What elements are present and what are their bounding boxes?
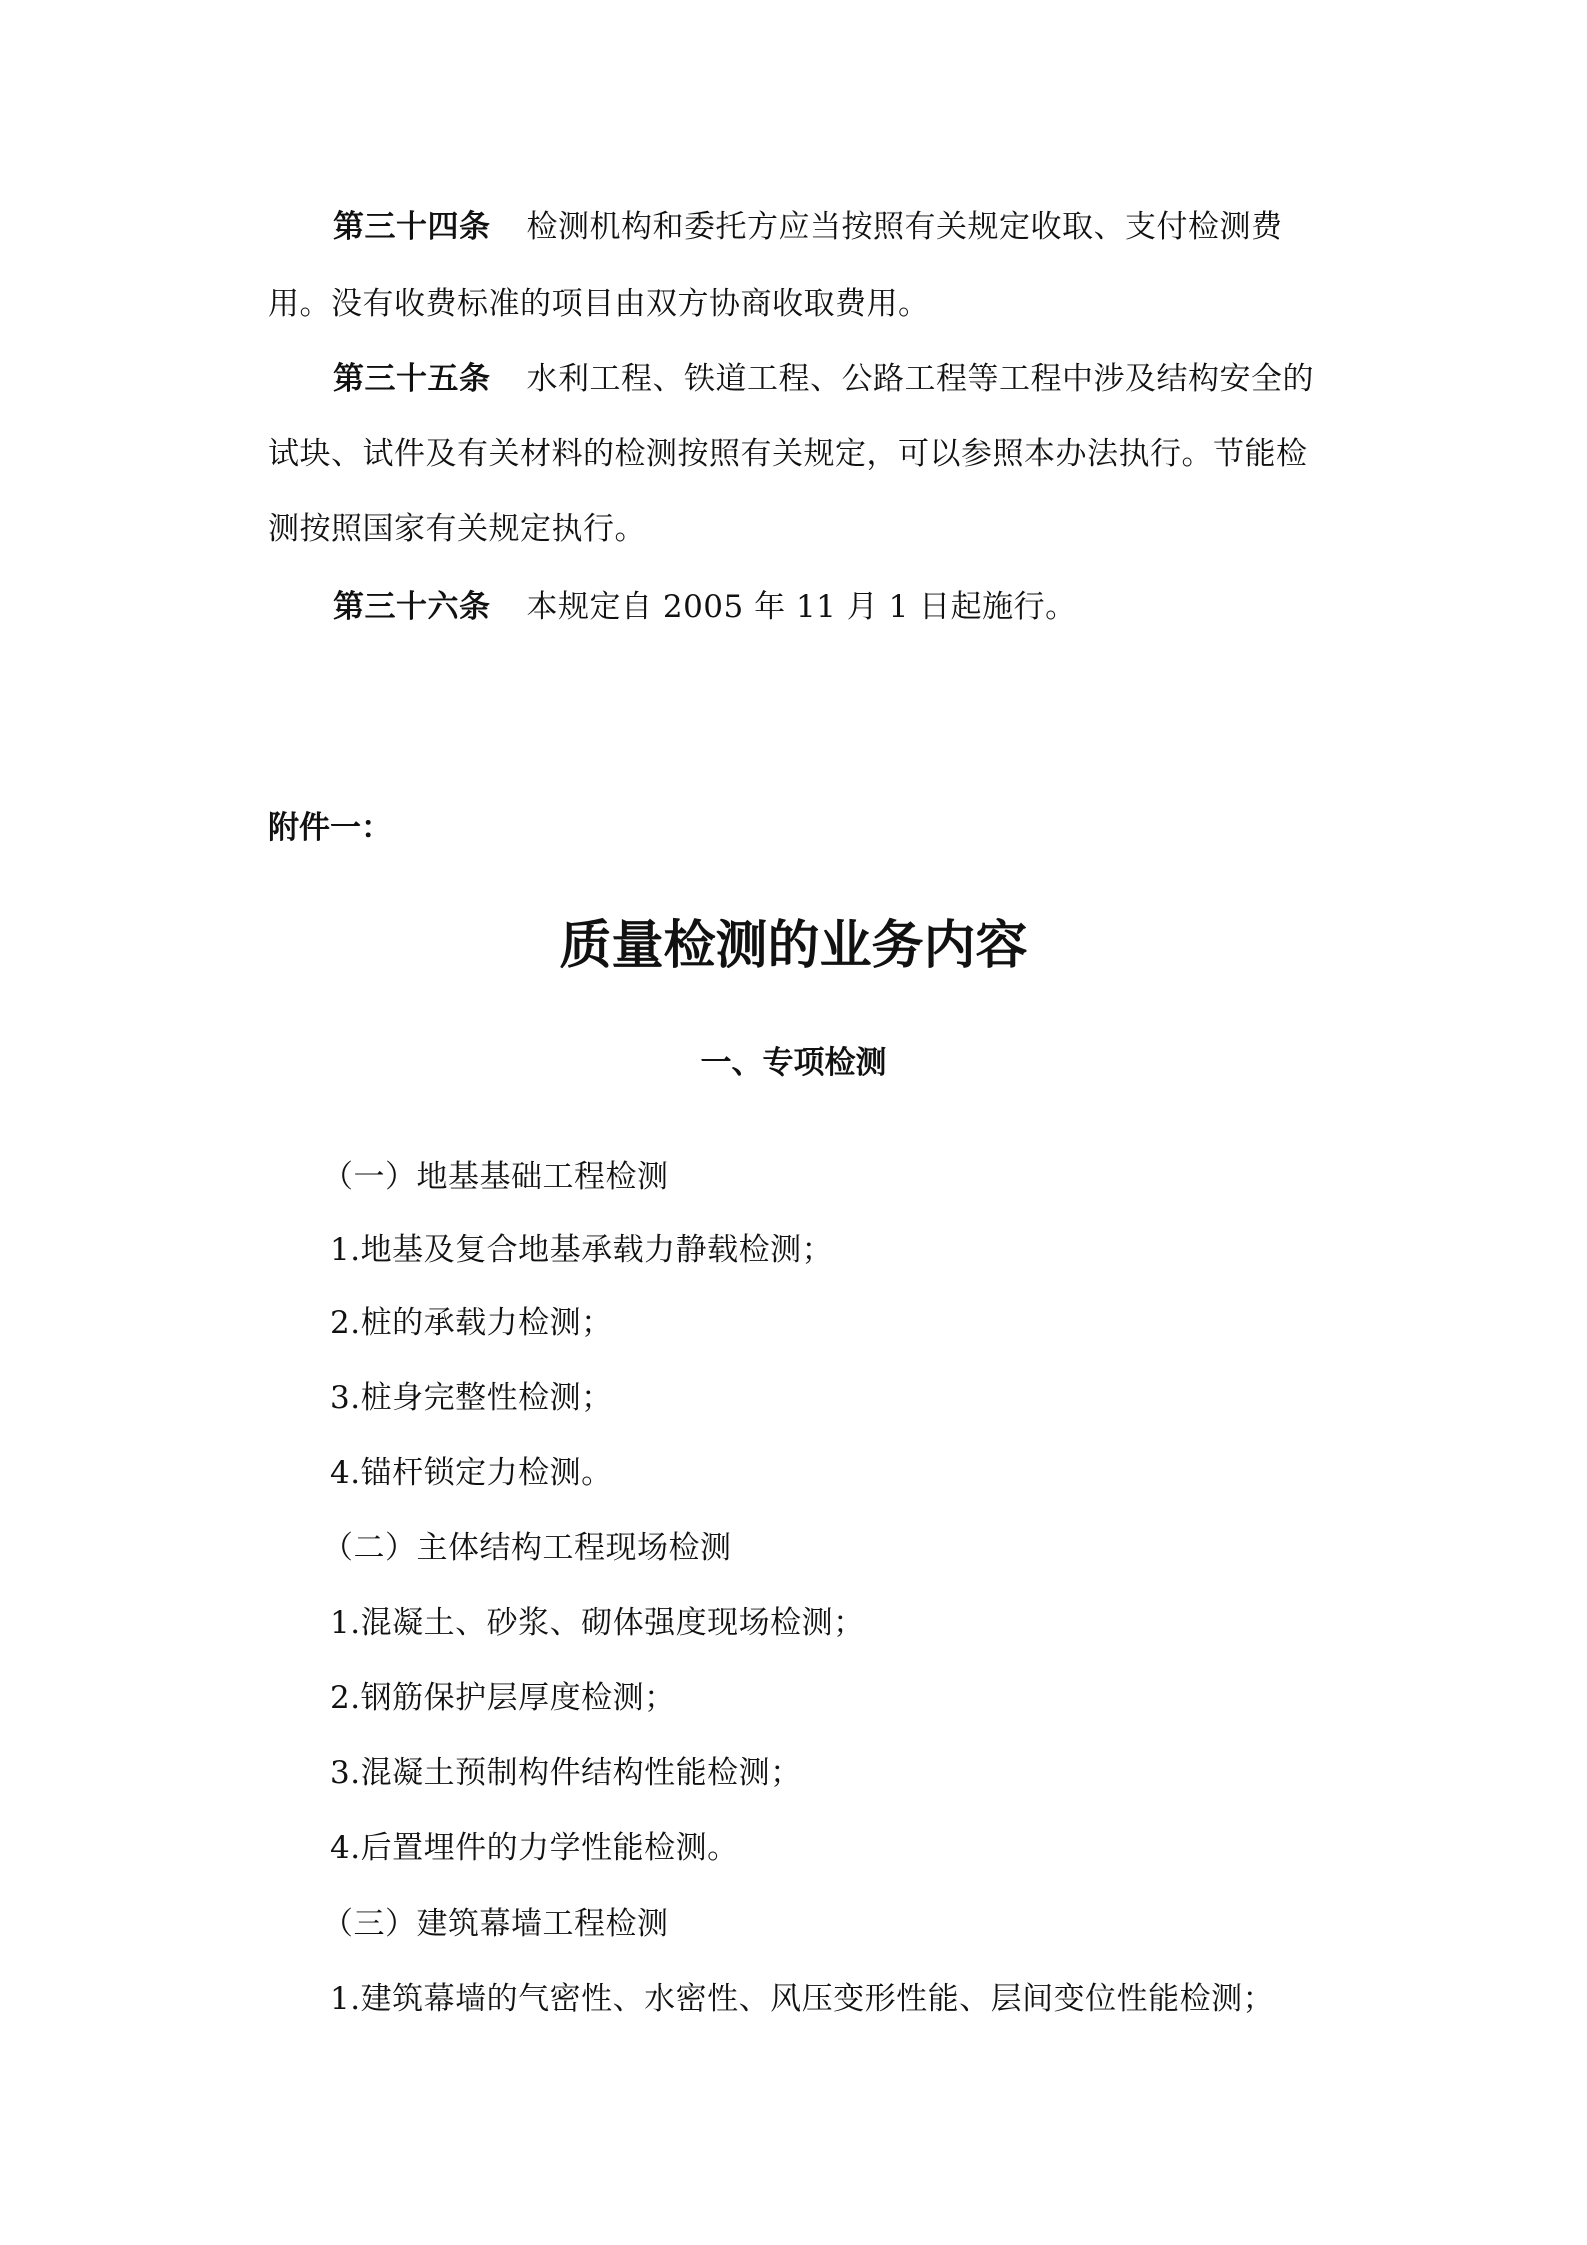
list-item: 4.后置埋件的力学性能检测。 (330, 1830, 1390, 1866)
list-item: 2.桩的承载力检测； (330, 1305, 1390, 1341)
article-34-line-2: 用。没有收费标准的项目由双方协商收取费用。 (268, 286, 1328, 322)
article-35-line-2: 试块、试件及有关材料的检测按照有关规定，可以参照本办法执行。节能检 (268, 436, 1328, 472)
list-item: 4.锚杆锁定力检测。 (330, 1455, 1390, 1491)
article-35-text-1: 水利工程、铁道工程、公路工程等工程中涉及结构安全的 (527, 361, 1315, 397)
list-item: 1.地基及复合地基承载力静载检测； (330, 1232, 1390, 1268)
list-item: 2.钢筋保护层厚度检测； (330, 1680, 1390, 1716)
article-36-line-1: 第三十六条本规定自 2005 年 11 月 1 日起施行。 (333, 589, 1393, 625)
article-34-line-1: 第三十四条检测机构和委托方应当按照有关规定收取、支付检测费 (333, 209, 1393, 245)
subsection-heading-2: （二）主体结构工程现场检测 (322, 1530, 1382, 1566)
list-item: 3.桩身完整性检测； (330, 1380, 1390, 1416)
article-34-label: 第三十四条 (333, 209, 491, 245)
subsection-heading-3: （三）建筑幕墙工程检测 (322, 1906, 1382, 1942)
list-item: 1.建筑幕墙的气密性、水密性、风压变形性能、层间变位性能检测； (330, 1981, 1390, 2017)
article-36-label: 第三十六条 (333, 589, 491, 625)
subsection-heading-1: （一）地基基础工程检测 (322, 1159, 1382, 1195)
attachment-label: 附件一： (268, 808, 392, 848)
article-35-line-3: 测按照国家有关规定执行。 (268, 511, 1328, 547)
article-34-text-1: 检测机构和委托方应当按照有关规定收取、支付检测费 (527, 209, 1283, 245)
article-36-text-1: 本规定自 2005 年 11 月 1 日起施行。 (527, 589, 1077, 625)
article-35-line-1: 第三十五条水利工程、铁道工程、公路工程等工程中涉及结构安全的 (333, 361, 1393, 397)
list-item: 1.混凝土、砂浆、砌体强度现场检测； (330, 1605, 1390, 1641)
document-page: 第三十四条检测机构和委托方应当按照有关规定收取、支付检测费 用。没有收费标准的项… (0, 0, 1587, 2245)
document-title: 质量检测的业务内容 (0, 916, 1587, 976)
article-35-label: 第三十五条 (333, 361, 491, 397)
list-item: 3.混凝土预制构件结构性能检测； (330, 1755, 1390, 1791)
section-title: 一、专项检测 (0, 1043, 1587, 1083)
